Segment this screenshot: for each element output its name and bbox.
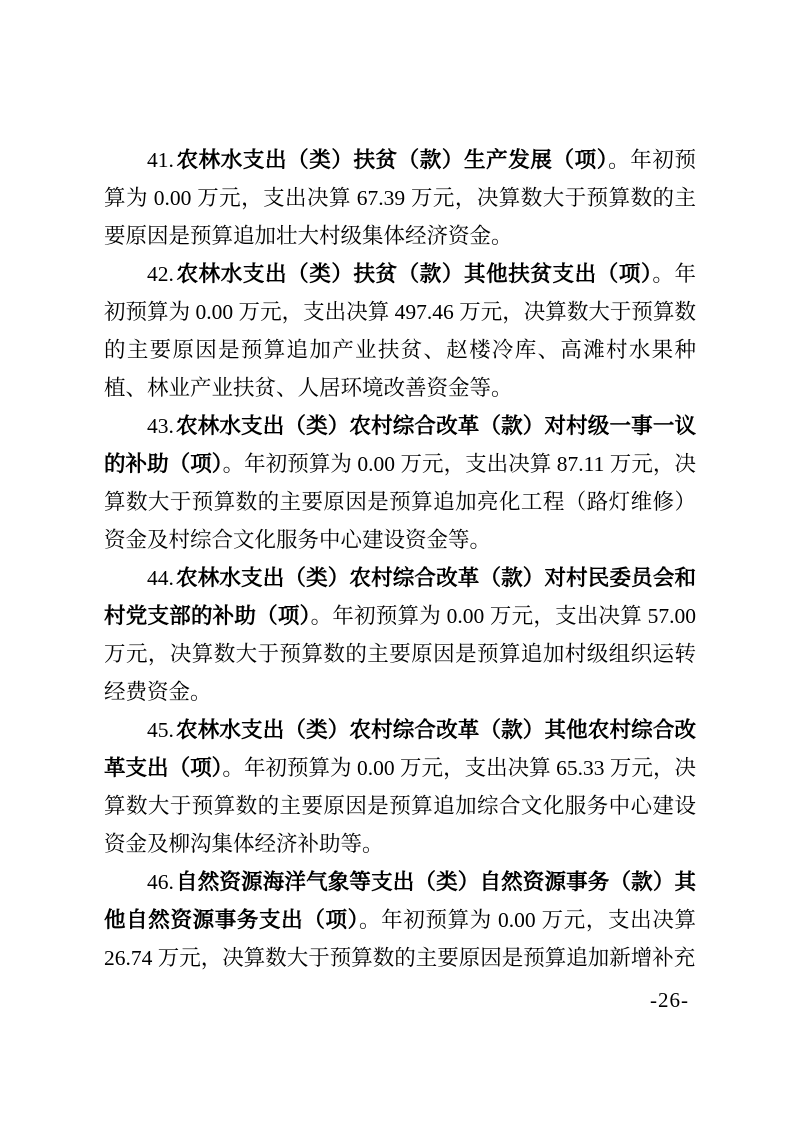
item-heading: 农林水支出（类）扶贫（款）其他扶贫支出（项） xyxy=(176,262,652,286)
document-body: 41.农林水支出（类）扶贫（款）生产发展（项）。年初预算为 0.00 万元，支出… xyxy=(104,141,696,977)
item-number: 41. xyxy=(147,148,174,172)
budget-item-42: 42.农林水支出（类）扶贫（款）其他扶贫支出（项）。年初预算为 0.00 万元，… xyxy=(104,255,696,407)
item-number: 44. xyxy=(147,566,174,590)
budget-item-43: 43.农林水支出（类）农村综合改革（款）对村级一事一议的补助（项）。年初预算为 … xyxy=(104,407,696,559)
budget-item-46: 46.自然资源海洋气象等支出（类）自然资源事务（款）其他自然资源事务支出（项）。… xyxy=(104,863,696,977)
item-heading: 农林水支出（类）扶贫（款）生产发展（项） xyxy=(176,148,608,172)
budget-item-45: 45.农林水支出（类）农村综合改革（款）其他农村综合改革支出（项）。年初预算为 … xyxy=(104,711,696,863)
item-number: 45. xyxy=(147,718,174,742)
budget-item-44: 44.农林水支出（类）农村综合改革（款）对村民委员会和村党支部的补助（项）。年初… xyxy=(104,559,696,711)
item-number: 43. xyxy=(147,414,174,438)
item-number: 46. xyxy=(147,870,174,894)
page-number: -26- xyxy=(650,988,689,1013)
budget-item-41: 41.农林水支出（类）扶贫（款）生产发展（项）。年初预算为 0.00 万元，支出… xyxy=(104,141,696,255)
item-number: 42. xyxy=(147,262,174,286)
document-page: 41.农林水支出（类）扶贫（款）生产发展（项）。年初预算为 0.00 万元，支出… xyxy=(0,0,793,1122)
